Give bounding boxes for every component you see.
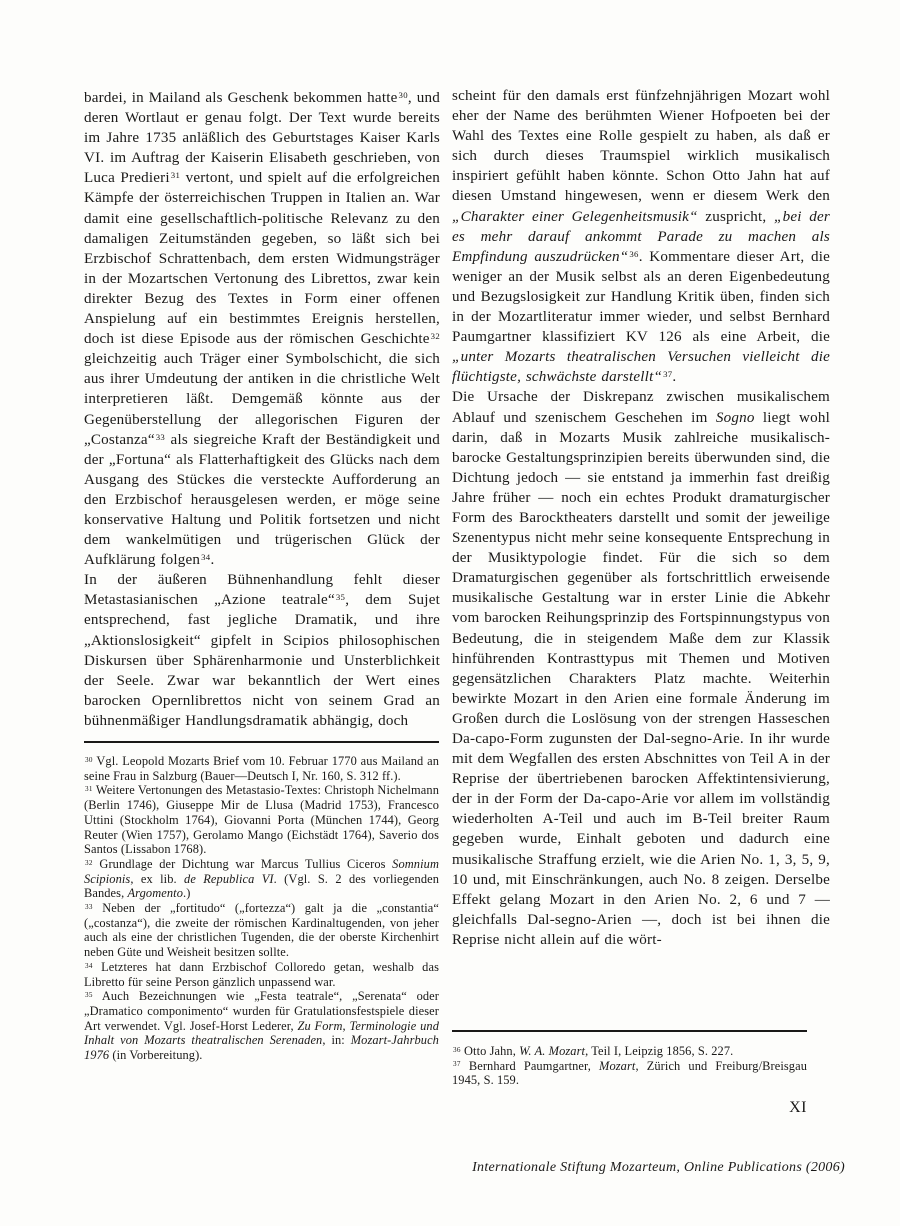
body-paragraph: Die Ursache der Diskrepanz zwischen musi… — [452, 387, 830, 950]
publication-credit: Internationale Stiftung Mozarteum, Onlin… — [0, 1160, 845, 1176]
footnote: 34 Letzteres hat dann Erzbischof Collore… — [84, 960, 439, 989]
footnote: 32 Grundlage der Dichtung war Marcus Tul… — [84, 857, 439, 901]
scanned-book-page: bardei, in Mailand als Geschenk bekommen… — [0, 0, 900, 1226]
footnote: 31 Weitere Vertonungen des Metastasio-Te… — [84, 783, 439, 857]
footnote: 33 Neben der „fortitudo“ („fortezza“) ga… — [84, 901, 439, 960]
footnote: 30 Vgl. Leopold Mozarts Brief vom 10. Fe… — [84, 754, 439, 783]
left-column: bardei, in Mailand als Geschenk bekommen… — [84, 88, 440, 731]
right-column: scheint für den damals erst fünfzehnjähr… — [452, 86, 830, 950]
footnote-separator-rule — [452, 1030, 807, 1032]
footnote: 37 Bernhard Paumgartner, Mozart, Zürich … — [452, 1059, 807, 1088]
body-paragraph: bardei, in Mailand als Geschenk bekommen… — [84, 88, 440, 570]
body-paragraph: scheint für den damals erst fünfzehnjähr… — [452, 86, 830, 387]
page-number: XI — [700, 1099, 807, 1117]
right-footnotes: 36 Otto Jahn, W. A. Mozart, Teil I, Leip… — [452, 1044, 807, 1088]
footnote-separator-rule — [84, 741, 439, 743]
footnote: 36 Otto Jahn, W. A. Mozart, Teil I, Leip… — [452, 1044, 807, 1059]
left-footnotes: 30 Vgl. Leopold Mozarts Brief vom 10. Fe… — [84, 754, 439, 1063]
footnote: 35 Auch Bezeichnungen wie „Festa teatral… — [84, 989, 439, 1063]
body-paragraph: In der äußeren Bühnenhandlung fehlt dies… — [84, 570, 440, 731]
